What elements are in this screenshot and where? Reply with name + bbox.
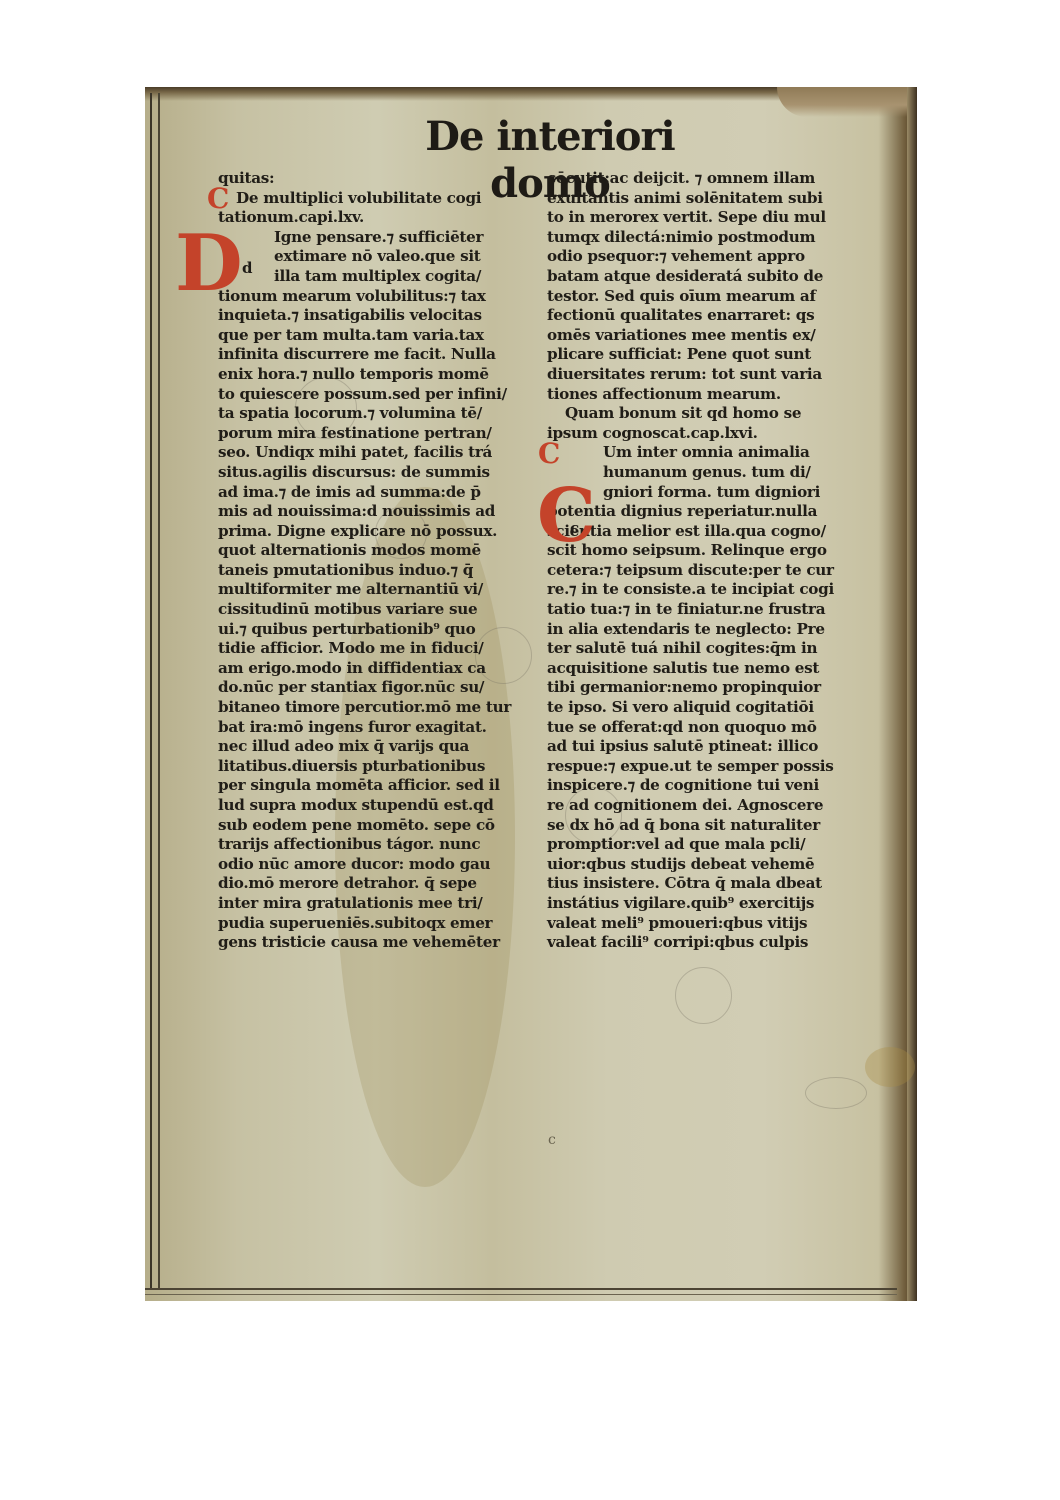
text-line: in alia extendaris te neglecto: Pre bbox=[547, 620, 867, 640]
text-line: tumqx dilectá:nimio postmodum bbox=[547, 228, 867, 248]
rubric-initial-d: D bbox=[175, 225, 243, 303]
bottom-margin-rule bbox=[145, 1288, 897, 1295]
text-line: litatibus.diuersis pturbationibus bbox=[218, 757, 538, 777]
text-line: cōcutit:ac deijcit. ⁊ omnem illam bbox=[547, 169, 867, 189]
text-line: inspicere.⁊ de cognitione tui veni bbox=[547, 776, 867, 796]
text-line: am erigo.modo in diffidentiax ca bbox=[218, 659, 538, 679]
text-line: tius insistere. Cōtra q̄ mala dbeat bbox=[547, 874, 867, 894]
text-line: extimare nō valeo.que sit bbox=[218, 247, 538, 267]
right-column: cōcutit:ac deijcit. ⁊ omnem illam exult… bbox=[547, 169, 867, 953]
book-edge bbox=[907, 87, 917, 1301]
text-line: exultantis animi solēnitatem subi bbox=[547, 189, 867, 209]
text-line: infinita discurrere me facit. Nulla bbox=[218, 345, 538, 365]
text-line: testor. Sed quis oīum mearum af bbox=[547, 287, 867, 307]
text-line: dio.mō merore detrahor. q̄ sepe bbox=[218, 874, 538, 894]
text-line: que per tam multa.tam varia.tax bbox=[218, 326, 538, 346]
rubric-paragraph-mark: C bbox=[538, 440, 560, 468]
text-line: tiones affectionum mearum. bbox=[547, 385, 867, 405]
text-line: tibi germanior:nemo propinquior bbox=[547, 678, 867, 698]
left-margin-rule bbox=[150, 93, 160, 1288]
text-line: odio psequor:⁊ vehement appro bbox=[547, 247, 867, 267]
text-line: bitaneo timore percutior.mō me tur bbox=[218, 698, 538, 718]
text-line: tidie afficior. Modo me in fiduci/ bbox=[218, 639, 538, 659]
text-line: cetera:⁊ teipsum discute:per te cur bbox=[547, 561, 867, 581]
text-line: prima. Digne explicare nō possux. bbox=[218, 522, 538, 542]
rubric-paragraph-mark: C bbox=[207, 185, 229, 213]
text-line: situs.agilis discursus: de summis bbox=[218, 463, 538, 483]
text-line: ad ima.⁊ de imis ad summa:de p̄ bbox=[218, 483, 538, 503]
text-line: multiformiter me alternantiū vi/ bbox=[218, 580, 538, 600]
text-line: instátius vigilare.quib⁹ exercitijs bbox=[547, 894, 867, 914]
text-line: porum mira festinatione pertran/ bbox=[218, 424, 538, 444]
text-line: fectionū qualitates enarraret: qs bbox=[547, 306, 867, 326]
text-line: illa tam multiplex cogita/ bbox=[218, 267, 538, 287]
text-line: valeat facili⁹ corripi:qbus culpis bbox=[547, 933, 867, 953]
text-line: inquieta.⁊ insatigabilis velocitas bbox=[218, 306, 538, 326]
text-line: se dx hō ad q̄ bona sit naturaliter bbox=[547, 816, 867, 836]
text-line: sub eodem pene momēto. sepe cō bbox=[218, 816, 538, 836]
text-line: plicare sufficiat: Pene quot sunt bbox=[547, 345, 867, 365]
left-column: quitas: De multiplici volubilitate cogi … bbox=[218, 169, 538, 953]
text-line: inter mira gratulationis mee tri/ bbox=[218, 894, 538, 914]
text-line: ui.⁊ quibus perturbationib⁹ quo bbox=[218, 620, 538, 640]
text-line: nec illud adeo mix q̄ varijs qua bbox=[218, 737, 538, 757]
watermark-mark bbox=[805, 1077, 867, 1109]
book-page-photo: De interiori domo quitas: De multiplici … bbox=[145, 87, 917, 1301]
text-line: pudia superueniēs.subitoqx emer bbox=[218, 914, 538, 934]
text-line: odio nūc amore ducor: modo gau bbox=[218, 855, 538, 875]
text-line: taneis pmutationibus induo.⁊ q̄ bbox=[218, 561, 538, 581]
text-line: ta spatia locorum.⁊ volumina tē/ bbox=[218, 404, 538, 424]
text-line: batam atque desideratá subito de bbox=[547, 267, 867, 287]
text-line: valeat meli⁹ pmoueri:qbus vitijs bbox=[547, 914, 867, 934]
text-line: Um inter omnia animalia bbox=[547, 443, 867, 463]
text-line: bat ira:mō ingens furor exagitat. bbox=[218, 718, 538, 738]
chapter-heading-line: ipsum cognoscat.cap.lxvi. bbox=[547, 424, 867, 444]
text-line: do.nūc per stantiax figor.nūc su/ bbox=[218, 678, 538, 698]
text-line: ad tui ipsius salutē ptineat: illico bbox=[547, 737, 867, 757]
chapter-heading-line: tationum.capi.lxv. bbox=[218, 208, 538, 228]
text-line: to in merorex vertit. Sepe diu mul bbox=[547, 208, 867, 228]
chapter-heading-line: De multiplici volubilitate cogi bbox=[218, 189, 538, 209]
text-line: Igne pensare.⁊ sufficiēter bbox=[218, 228, 538, 248]
binding-corner bbox=[777, 87, 917, 117]
text-line: mis ad nouissima:d nouissimis ad bbox=[218, 502, 538, 522]
text-line: promptior:vel ad que mala pcli/ bbox=[547, 835, 867, 855]
text-line: enix hora.⁊ nullo temporis momē bbox=[218, 365, 538, 385]
text-line: respue:⁊ expue.ut te semper possis bbox=[547, 757, 867, 777]
text-line: quot alternationis modos momē bbox=[218, 541, 538, 561]
text-line: re.⁊ in te consiste.a te incipiat cogi bbox=[547, 580, 867, 600]
text-line: ter salutē tuá nihil cogites:q̄m in bbox=[547, 639, 867, 659]
text-line: tionum mearum volubilitus:⁊ tax bbox=[218, 287, 538, 307]
text-line: quitas: bbox=[218, 169, 538, 189]
text-line: to quiescere possum.sed per infini/ bbox=[218, 385, 538, 405]
text-line: seo. Undiqx mihi patet, facilis trá bbox=[218, 443, 538, 463]
text-line: te ipso. Si vero aliquid cogitatiōi bbox=[547, 698, 867, 718]
guide-letter: c bbox=[570, 519, 579, 537]
text-line: tatio tua:⁊ in te finiatur.ne frustra bbox=[547, 600, 867, 620]
rubric-initial-c: C bbox=[537, 479, 596, 553]
text-line: trarijs affectionibus tágor. nunc bbox=[218, 835, 538, 855]
text-line: per singula momēta afficior. sed il bbox=[218, 776, 538, 796]
text-line: re ad cognitionem dei. Agnoscere bbox=[547, 796, 867, 816]
text-line: uior:qbus studijs debeat vehemē bbox=[547, 855, 867, 875]
paper-stain bbox=[865, 1047, 915, 1087]
watermark-mark bbox=[675, 967, 732, 1024]
text-line: omēs variationes mee mentis ex/ bbox=[547, 326, 867, 346]
chapter-heading-line: Quam bonum sit qd homo se bbox=[547, 404, 867, 424]
text-line: cissitudinū motibus variare sue bbox=[218, 600, 538, 620]
text-line: tue se offerat:qd non quoquo mō bbox=[547, 718, 867, 738]
text-line: diuersitates rerum: tot sunt varia bbox=[547, 365, 867, 385]
text-line: gens tristicie causa me vehemēter bbox=[218, 933, 538, 953]
text-line: acquisitione salutis tue nemo est bbox=[547, 659, 867, 679]
guide-letter: d bbox=[242, 259, 253, 277]
signature-mark: c bbox=[548, 1132, 556, 1148]
text-line: lud supra modux stupendū est.qd bbox=[218, 796, 538, 816]
